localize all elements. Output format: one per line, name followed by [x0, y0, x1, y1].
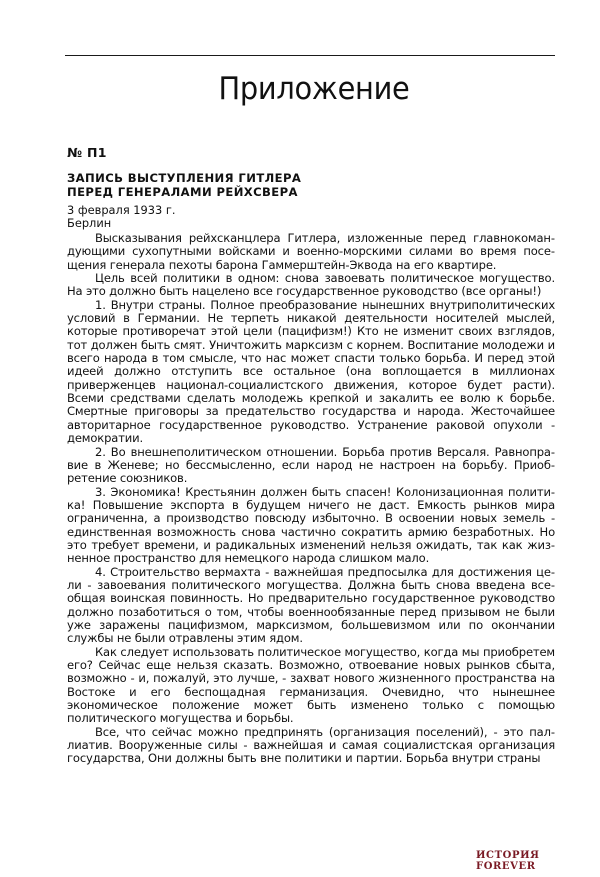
- document-heading: ЗАПИСЬ ВЫСТУПЛЕНИЯ ГИТЛЕРА ПЕРЕД ГЕНЕРАЛ…: [67, 171, 555, 199]
- document-meta: 3 февраля 1933 г. Берлин: [67, 204, 555, 230]
- paragraph-economy: 3. Экономика! Крестьянин должен быть спа…: [67, 486, 555, 566]
- heading-line: ПЕРЕД ГЕНЕРАЛАМИ РЕЙХСВЕРА: [67, 185, 555, 199]
- heading-line: ЗАПИСЬ ВЫСТУПЛЕНИЯ ГИТЛЕРА: [67, 171, 555, 185]
- paragraph-domestic: 1. Внутри страны. Полное преобразование …: [67, 299, 555, 446]
- paragraph-foreign: 2. Во внешнеполитическом отношении. Борь…: [67, 446, 555, 486]
- watermark-logo: история FOREVER: [476, 850, 600, 872]
- paragraph-intro: Высказывания рейхсканцлера Гитлера, изло…: [67, 232, 555, 272]
- paragraph-power-use: Как следует использовать политическое мо…: [67, 646, 555, 726]
- page-title: Приложение: [22, 71, 600, 107]
- paragraph-wehrmacht: 4. Строительство вермахта - важнейшая пр…: [67, 566, 555, 646]
- document-number: № П1: [67, 146, 555, 160]
- document-place: Берлин: [67, 217, 555, 230]
- paragraph-goal: Цель всей политики в одном: снова завоев…: [67, 272, 555, 299]
- document-content: № П1 ЗАПИСЬ ВЫСТУПЛЕНИЯ ГИТЛЕРА ПЕРЕД ГЕ…: [67, 146, 555, 766]
- document-page: Приложение № П1 ЗАПИСЬ ВЫСТУПЛЕНИЯ ГИТЛЕ…: [0, 0, 600, 877]
- document-body: Высказывания рейхсканцлера Гитлера, изло…: [67, 232, 555, 766]
- paragraph-palliative: Все, что сейчас можно предпринять (орган…: [67, 726, 555, 766]
- header-rule: [65, 55, 555, 56]
- document-date: 3 февраля 1933 г.: [67, 204, 555, 217]
